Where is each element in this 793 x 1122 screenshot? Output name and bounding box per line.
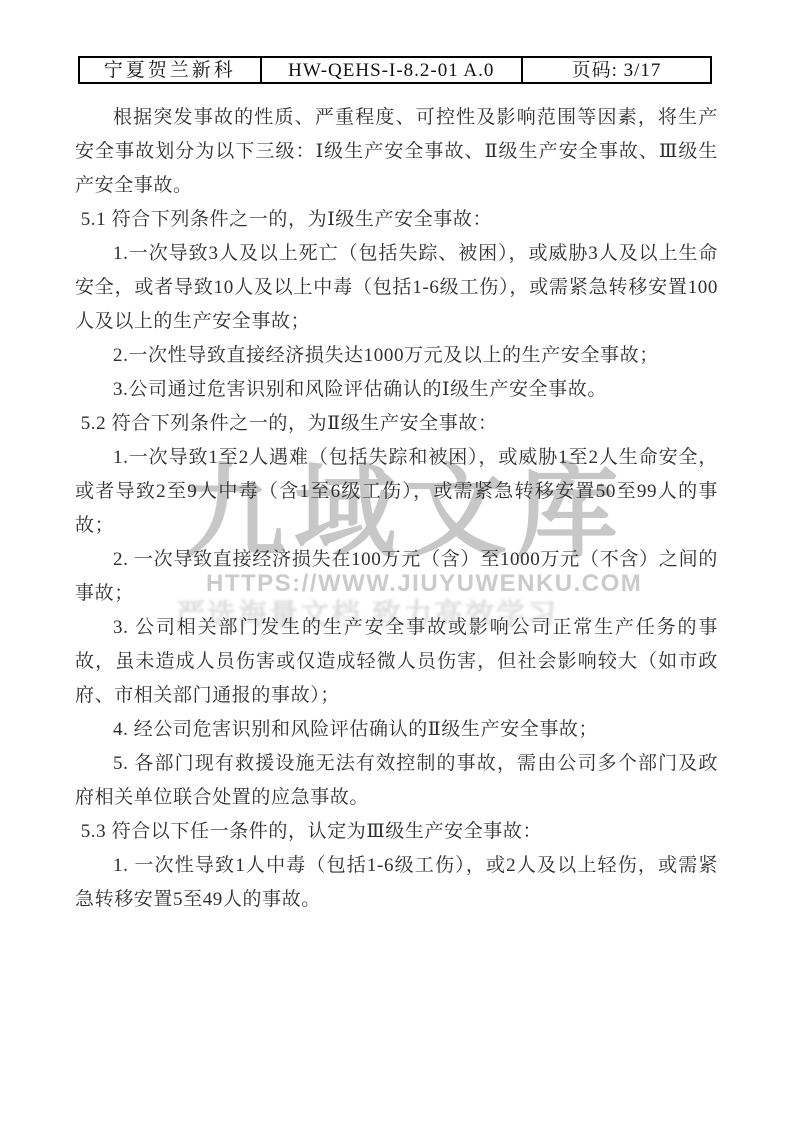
paragraph-intro: 根据突发事故的性质、严重程度、可控性及影响范围等因素，将生产安全事故划分为以下三…	[75, 101, 718, 203]
document-body: 根据突发事故的性质、严重程度、可控性及影响范围等因素，将生产安全事故划分为以下三…	[75, 101, 718, 917]
list-item-5-3-1: 1. 一次性导致1人中毒（包括1-6级工伤），或2人及以上轻伤，或需紧急转移安置…	[75, 849, 718, 917]
list-item-5-2-4: 4. 经公司危害识别和风险评估确认的Ⅱ级生产安全事故；	[75, 713, 718, 747]
header-document-code: HW-QEHS-I-8.2-01 A.0	[260, 58, 521, 82]
list-item-5-1-2: 2.一次性导致直接经济损失达1000万元及以上的生产安全事故；	[75, 339, 718, 373]
section-heading-5-2: 5.2 符合下列条件之一的，为Ⅱ级生产安全事故：	[75, 407, 718, 441]
header-company-name: 宁夏贺兰新科	[80, 58, 260, 82]
list-item-5-1-1: 1.一次导致3人及以上死亡（包括失踪、被困），或威胁3人及以上生命安全，或者导致…	[75, 237, 718, 339]
list-item-5-2-1: 1.一次导致1至2人遇难（包括失踪和被困），或威胁1至2人生命安全，或者导致2至…	[75, 441, 718, 543]
section-heading-5-3: 5.3 符合以下任一条件的，认定为Ⅲ级生产安全事故：	[75, 815, 718, 849]
list-item-5-1-3: 3.公司通过危害识别和风险评估确认的Ⅰ级生产安全事故。	[75, 373, 718, 407]
header-page-number: 页码: 3/17	[521, 58, 710, 82]
section-heading-5-1: 5.1 符合下列条件之一的，为Ⅰ级生产安全事故：	[75, 203, 718, 237]
list-item-5-2-2: 2. 一次导致直接经济损失在100万元（含）至1000万元（不含）之间的事故；	[75, 543, 718, 611]
list-item-5-2-5: 5. 各部门现有救援设施无法有效控制的事故，需由公司多个部门及政府相关单位联合处…	[75, 747, 718, 815]
document-header-table: 宁夏贺兰新科 HW-QEHS-I-8.2-01 A.0 页码: 3/17	[78, 56, 712, 84]
list-item-5-2-3: 3. 公司相关部门发生的生产安全事故或影响公司正常生产任务的事故，虽未造成人员伤…	[75, 611, 718, 713]
document-page: 九域文库 HTTPS://WWW.JIUYUWENKU.COM 严选海量文档 致…	[0, 0, 793, 1122]
